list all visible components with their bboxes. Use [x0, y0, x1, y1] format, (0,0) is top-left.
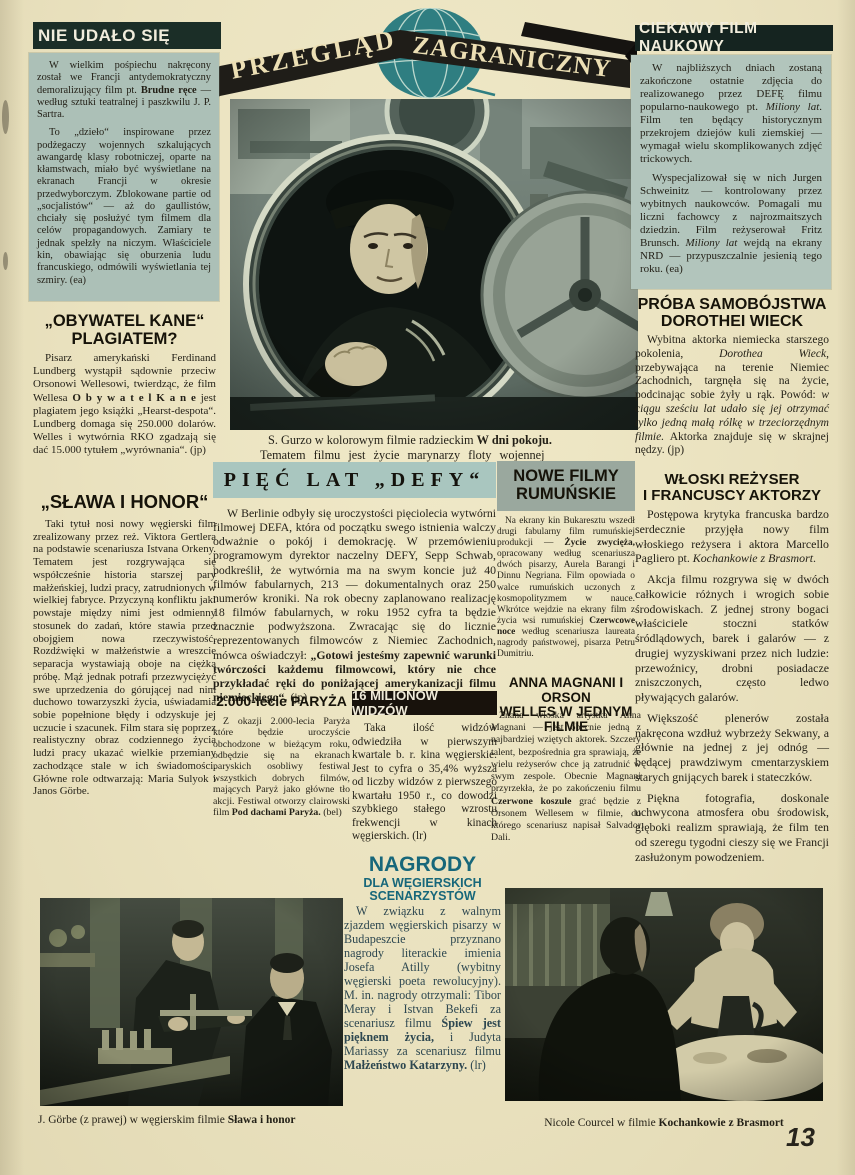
page-edge-shading-left: [0, 0, 24, 1175]
article-nagrody-heading: NAGRODY DLA WĘGIERSKICH SCENARZYSTÓW: [344, 854, 501, 904]
caption-line: S. Gurzo w kolorowym filmie radzieckim W…: [260, 433, 638, 448]
article-nie-udalo: W wielkim pośpiechu nakręcony został we …: [29, 53, 219, 301]
article-nie-udalo-title: NIE UDAŁO SIĘ: [33, 22, 221, 49]
paragraph: Akcja filmu rozgrywa się w dwóch całkowi…: [635, 572, 829, 705]
article-wloski-body: Postępowa krytyka francuska bardzo serde…: [635, 507, 829, 864]
paragraph: Wyspecjalizował się w nich Jurgen Schwei…: [640, 172, 822, 276]
caption-main-photo: S. Gurzo w kolorowym filmie radzieckim W…: [260, 433, 638, 464]
heading-line: ANNA MAGNANI I ORSON: [491, 676, 641, 705]
article-nagrody-body: W związku z walnym zjazdem węgierskich p…: [344, 904, 501, 1072]
photo-slawa-i-honor-still: [40, 898, 343, 1106]
article-widzowie-body: Taka ilość widzów odwiedziła w pierwszym…: [352, 722, 497, 844]
article-magnani-body: Znana włoska artystka Anna Magnani — jes…: [491, 710, 641, 845]
article-defy-body: W Berlinie odbyły się uroczystości pięci…: [213, 506, 496, 704]
paragraph: To „dzieło“ inspirowane przez podżegaczy…: [37, 127, 211, 286]
article-obywatel-kane-heading: „OBYWATEL KANE“ PLAGIATEM?: [33, 313, 216, 349]
article-slawa-heading: „SŁAWA I HONOR“: [33, 492, 216, 512]
photo-kochankowie-still: [505, 888, 823, 1101]
heading-line: NOWE FILMY: [513, 468, 618, 486]
magazine-page: PRZEGLĄD ZAGRANICZNY NIE UDAŁO SIĘ W wie…: [0, 0, 855, 1175]
article-wloski-heading: WŁOSKI REŻYSER I FRANCUSCY AKTORZY: [635, 472, 829, 504]
article-nowe-filmy-body: Na ekrany kin Bukaresztu wszedł drugi fa…: [497, 516, 635, 660]
heading-line: „OBYWATEL KANE“: [33, 313, 216, 331]
heading-line: NAGRODY: [344, 854, 501, 877]
caption-left-photo: J. Görbe (z prawej) w węgierskim filmie …: [38, 1113, 338, 1127]
page-edge-shading-right: [837, 0, 855, 1175]
paragraph: W wielkim pośpiechu nakręcony został we …: [37, 60, 211, 121]
article-obywatel-kane-body: Pisarz amerykański Ferdinand Lundberg wy…: [33, 352, 216, 458]
article-widzowie-heading: 16 MILIONÓW WIDZÓW: [352, 691, 497, 715]
paragraph: W najbliższych dniach zostaną zakończone…: [640, 62, 822, 166]
article-wieck-heading: PRÓBA SAMOBÓJSTWA DOROTHEI WIECK: [635, 296, 829, 331]
article-ciekawy-title: CIEKAWY FILM NAUKOWY: [635, 25, 833, 51]
heading-line: DOROTHEI WIECK: [635, 313, 829, 330]
heading-line: PRÓBA SAMOBÓJSTWA: [635, 296, 829, 313]
article-defy-heading: PIĘĆ LAT „DEFY“: [213, 462, 496, 498]
heading-line: SCENARZYSTÓW: [344, 890, 501, 904]
heading-line: RUMUŃSKIE: [516, 486, 616, 504]
scan-artifact: [2, 100, 9, 134]
article-paryz-body: Z okazji 2.000-lecia Paryża które będzie…: [213, 716, 350, 818]
photo-sailor-porthole: [230, 99, 638, 430]
heading-line: WŁOSKI REŻYSER: [635, 472, 829, 488]
article-paryz-heading: 2.000-lecie PARYŻA: [213, 694, 350, 709]
paragraph: Piękna fotografia, doskonale uchwycona a…: [635, 791, 829, 865]
scan-artifact: [3, 252, 8, 270]
article-slawa-body: Taki tytuł nosi nowy węgierski film zrea…: [33, 518, 216, 798]
heading-line: I FRANCUSCY AKTORZY: [635, 488, 829, 504]
article-wieck-body: Wybitna aktorka niemiecka starszego poko…: [635, 334, 829, 458]
heading-line: PLAGIATEM?: [33, 331, 216, 349]
page-number: 13: [786, 1122, 815, 1153]
caption-right-photo: Nicole Courcel w filmie Kochankowie z Br…: [505, 1116, 823, 1130]
paragraph: Większość plenerów została nakręcona wzd…: [635, 711, 829, 785]
paragraph: Postępowa krytyka francuska bardzo serde…: [635, 507, 829, 566]
article-ciekawy-body: W najbliższych dniach zostaną zakończone…: [631, 55, 831, 289]
article-nowe-filmy-heading: NOWE FILMY RUMUŃSKIE: [497, 461, 635, 511]
